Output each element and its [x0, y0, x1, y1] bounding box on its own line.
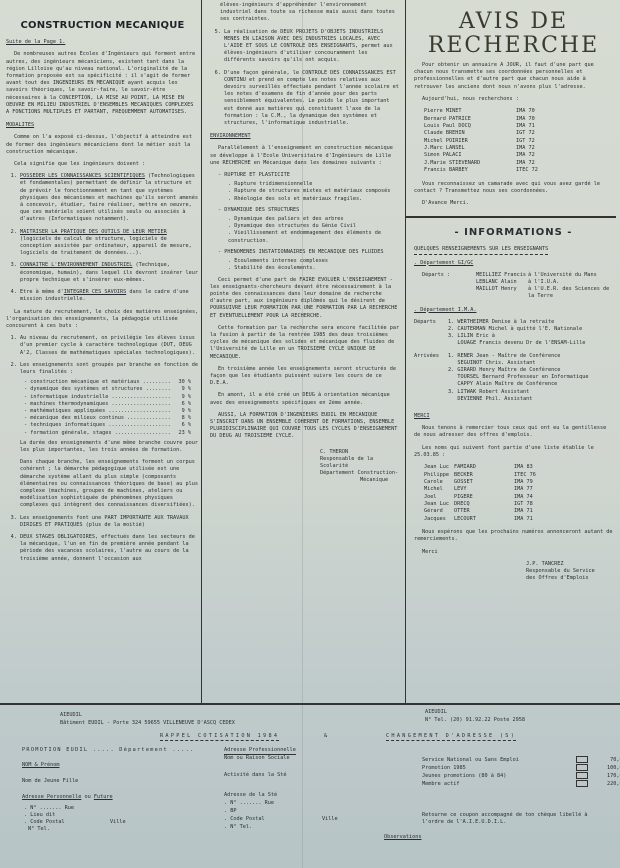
fee-amount: 70,00 F — [602, 757, 620, 764]
ima-departs: Départs 1. WERTHEIMER Denise à la retrai… — [414, 319, 613, 348]
last-name: BECKER — [454, 471, 514, 478]
branch-row: - dynamique des systèmes et structures .… — [6, 386, 199, 393]
teacher-departure-row: Départs :MEILLIEZ Francisà l'Université … — [422, 272, 613, 279]
evolution-paragraph: Ceci permet d'une part de FAIRE EVOLUER … — [210, 277, 401, 320]
perso-rue-field[interactable]: . N° ....... Rue — [24, 805, 74, 812]
thanked-person-row: JacquesLECOURTIMA 71 — [424, 516, 536, 523]
teacher-name: LEBLANC Alain — [476, 279, 528, 286]
modalites-intro: Comme on l'a exposé ci-dessus, l'objecti… — [6, 134, 199, 156]
first-name: Philippe — [424, 471, 454, 478]
person-promo: IMA 72 — [516, 145, 538, 152]
person-promo: IMA 72 — [516, 152, 538, 159]
searched-person-row: Claude BREHINIGT 72 — [424, 130, 538, 137]
research-domain: - RUPTURE ET PLASTICITE — [210, 172, 401, 179]
fee-option[interactable]: Service National ou Sans Emploi70,00 F — [422, 756, 620, 764]
branch-name: - techniques informatiques .............… — [24, 422, 171, 429]
fee-label: Service National ou Sans Emploi — [422, 757, 562, 764]
article-title: CONSTRUCTION MECANIQUE — [6, 22, 199, 29]
ampersand: & — [324, 733, 327, 740]
last-name: GOSSET — [454, 479, 514, 486]
research-list: - RUPTURE ET PLASTICITE. Rupture tridime… — [210, 172, 401, 272]
branch-row: - formation générale, stages ...........… — [6, 430, 199, 437]
ste-code-postal-field[interactable]: . Code Postal — [224, 816, 265, 823]
branch-percent: 23 % — [179, 430, 192, 437]
rappel-cotisation-heading: RAPPEL COTISATION 1984 — [160, 733, 279, 741]
fee-checkbox[interactable] — [576, 756, 588, 763]
first-name: Joel — [424, 494, 454, 501]
informations-subtitle: QUELQUES RENSEIGNEMENTS SUR LES ENSEIGNA… — [414, 246, 548, 254]
environnement-column: élèves-ingénieurs d'appréhender l'enviro… — [206, 0, 406, 703]
must-item: POSSEDER LES CONNAISSANCES SCIENTIFIQUES… — [20, 173, 199, 223]
person-promo: IGT 72 — [516, 130, 538, 137]
perso-code-postal-field[interactable]: . Code Postal — [24, 819, 65, 826]
branch-name: - dynamique des systèmes et structures .… — [24, 386, 171, 393]
merci-list-intro: Les noms qui suivent font partie d'une l… — [414, 445, 613, 459]
searched-person-row: Francis BARBEYITEC 72 — [424, 167, 538, 174]
coupon-phone: N° Tel. (20) 91.92.22 Poste 2958 — [425, 717, 525, 724]
person-promo: IMA 83 — [514, 464, 536, 471]
first-name: Jean Luc — [424, 464, 454, 471]
perso-lieu-dit-field[interactable]: . Lieu dit — [24, 812, 55, 819]
newsletter-page: CONSTRUCTION MECANIQUE Suite de la Page … — [0, 0, 620, 868]
construction-mecanique-column: CONSTRUCTION MECANIQUE Suite de la Page … — [6, 0, 202, 703]
person-name: Louis Paul DOCQ — [424, 123, 516, 130]
merci-closing: Nous espérons que les prochains numéros … — [414, 529, 613, 543]
person-promo: IMA 71 — [514, 516, 536, 523]
last-name: OTTER — [454, 508, 514, 515]
thanked-person-row: CaroleGOSSETIMA 79 — [424, 479, 536, 486]
merci-end: Merci — [414, 549, 613, 556]
branch-percent: 6 % — [182, 401, 191, 408]
fee-checkbox-cell — [562, 764, 602, 772]
fee-option[interactable]: Jeunes promotions (80 à 84)170,00 F — [422, 772, 620, 780]
nom-prenom-field[interactable]: NOM & Prénom — [22, 762, 59, 769]
fee-checkbox[interactable] — [576, 764, 588, 771]
person-promo: IMA 70 — [516, 115, 538, 122]
continued-note: Suite de la Page 1. — [6, 39, 199, 46]
goal-item: DEUX STAGES OBLIGATOIRES, effectués dans… — [20, 534, 199, 563]
fee-checkbox-cell — [562, 780, 602, 788]
research-topic: . Rhéologie des sols et matériaux fragil… — [228, 196, 401, 203]
spacer — [460, 279, 476, 286]
promotion-field[interactable]: PROMOTION EUDIL ..... Département ..... — [22, 747, 195, 754]
person-promo: ITEC 76 — [514, 471, 536, 478]
branch-percent: 8 % — [182, 415, 191, 422]
teacher-departure-row: MAILLOT Henryà l'U.E.R. des Sciences de … — [422, 286, 613, 300]
ima-arrivees: Arrivées 1. RENER Jean - Maître de Confé… — [414, 353, 613, 403]
must-item: MAITRISER LA PRATIQUE DES OUTILS DE LEUR… — [20, 229, 199, 258]
person-name: Simon PALACI — [424, 152, 516, 159]
fee-label: Membre actif — [422, 781, 562, 788]
research-topic: . Rupture de structures mixtes et matéri… — [228, 188, 401, 195]
dea-paragraph: En troisième année les enseignements ser… — [210, 366, 401, 388]
avis-title: AVIS DE RECHERCHE — [414, 10, 613, 58]
branch-name: - machines thermodynamiques ............… — [24, 401, 171, 408]
first-name: Jacques — [424, 516, 454, 523]
fee-amount: 220,00 F — [602, 781, 620, 788]
searched-person-row: Pierre MINETIMA 70 — [424, 108, 538, 115]
fee-label: Jeunes promotions (80 à 84) — [422, 773, 562, 780]
membership-coupon: AIEUDIL Bâtiment EUDIL - Porte 324 59655… — [0, 706, 620, 868]
signature-tancrez: J.P. TANCREZ Responsable du Service des … — [414, 561, 613, 583]
goal-item: Les enseignements sont groupés par branc… — [20, 362, 199, 510]
environnement-intro: Parallèlement à l'enseignement en constr… — [210, 145, 401, 167]
modalites-heading: MODALITES — [6, 122, 199, 129]
teacher-destination: à l'Université du Mans — [528, 272, 613, 279]
searched-person-row: Simon PALACIIMA 72 — [424, 152, 538, 159]
first-name: Carole — [424, 479, 454, 486]
ima-arrival: 1. RENER Jean - Maître de Conférence — [448, 353, 589, 360]
last-name: PIGERE — [454, 494, 514, 501]
person-name: Michel POIRIER — [424, 138, 516, 145]
spacer — [460, 286, 476, 300]
searched-list: Pierre MINETIMA 70Bernard PATRICEIMA 70L… — [424, 108, 538, 175]
thanked-person-row: JoelPIGEREIMA 74 — [424, 494, 536, 501]
departs-label: Départs : — [422, 272, 460, 279]
last-name: LECOURT — [454, 516, 514, 523]
thanked-list: Jean LucFAMIARDIMA 83PhilippeBECKERITEC … — [424, 464, 536, 523]
coupon-address: Bâtiment EUDIL - Porte 324 59655 VILLENE… — [60, 720, 235, 727]
departs-label — [422, 286, 460, 300]
last-name: LEVY — [454, 486, 514, 493]
perso-tel-field[interactable]: N° Tel. — [28, 826, 50, 833]
first-name: Gérard — [424, 508, 454, 515]
research-topics: . Rupture tridimensionnelle. Rupture de … — [210, 181, 401, 203]
person-promo: ITEC 72 — [516, 167, 538, 174]
departs-label — [422, 279, 460, 286]
fee-checkbox-cell — [562, 772, 602, 780]
environnement-heading: ENVIRONNEMENT — [210, 133, 401, 140]
searching-label: Aujourd'hui, nous recherchons : — [414, 96, 613, 103]
coupon-org-left: AIEUDIL — [60, 712, 82, 719]
ste-rue-field[interactable]: . N° ....... Rue — [224, 800, 274, 807]
dept-ima-heading: . Département I.M.A. — [414, 307, 613, 314]
ima-departure: LOUAGE Francis devenu Dr de l'ENSAM-Lill… — [448, 340, 585, 347]
fee-amount: 100,00 F — [602, 765, 620, 772]
person-promo: IMA 74 — [514, 494, 536, 501]
coupon-divider — [0, 703, 620, 705]
thanked-person-row: PhilippeBECKERITEC 76 — [424, 471, 536, 478]
thanked-person-row: Jean LucFAMIARDIMA 83 — [424, 464, 536, 471]
perso-ville-field[interactable]: Ville — [110, 819, 126, 826]
nature-paragraph: La nature du recrutement, le choix des m… — [6, 309, 199, 331]
person-promo: IMA 77 — [514, 486, 536, 493]
person-name: Francis BARBEY — [424, 167, 516, 174]
ima-arrival: DEVIENNE Phil. Assistant — [448, 396, 589, 403]
must-list: POSSEDER LES CONNAISSANCES SCIENTIFIQUES… — [6, 173, 199, 303]
person-name: Pierre MINET — [424, 108, 516, 115]
research-domain: - PHENOMENES INSTATIONNAIRES EN MECANIQU… — [210, 249, 401, 256]
first-name: Michel — [424, 486, 454, 493]
avis-outro: Vous reconnaissez un camarade avec qui v… — [414, 181, 613, 195]
gigc-departs: Départs :MEILLIEZ Francisà l'Université … — [414, 272, 613, 301]
person-name: Bernard PATRICE — [424, 115, 516, 122]
thanked-person-row: GérardOTTERIMA 71 — [424, 508, 536, 515]
research-topic: . Stabilité des écoulements. — [228, 265, 401, 272]
thanked-person-row: MichelLEVYIMA 77 — [424, 486, 536, 493]
informations-title: - INFORMATIONS - — [414, 219, 613, 236]
branche-paragraph: Dans chaque branche, les enseignements f… — [20, 459, 199, 509]
person-promo: IMA 71 — [516, 123, 538, 130]
last-name: DRECQ — [454, 501, 514, 508]
fee-checkbox[interactable] — [576, 780, 588, 787]
fee-checkbox[interactable] — [576, 772, 588, 779]
fee-options: Service National ou Sans Emploi70,00 FPr… — [422, 756, 620, 788]
branch-percent: 9 % — [182, 386, 191, 393]
research-domain: - DYNAMIQUE DES STRUCTURES — [210, 207, 401, 214]
observations-field[interactable]: Observations — [384, 834, 421, 841]
branches-list: - construction mécanique et matériaux ..… — [6, 379, 199, 437]
ste-tel-field[interactable]: . N° Tel. — [224, 824, 252, 831]
teacher-name: MAILLOT Henry — [476, 286, 528, 300]
branch-percent: 30 % — [179, 379, 192, 386]
coupon-org-right: AIEUDIL — [425, 709, 447, 716]
person-name: J.Marc LANSEL — [424, 145, 516, 152]
goals-continued-list: La réalisation de DEUX PROJETS D'OBJETS … — [210, 29, 401, 128]
branch-name: - mécanique des milieux continus .......… — [24, 415, 171, 422]
goal-item: D'une façon générale, le CONTROLE DES CO… — [224, 70, 401, 128]
adresse-personnelle-heading: Adresse Personnelle ou Future — [22, 794, 113, 801]
fee-option[interactable]: Membre actif220,00 F — [422, 780, 620, 788]
ima-arrival: SEGUINOT Chris. Assistant — [448, 360, 589, 367]
deug-paragraph: En amont, il a été créé un DEUG à orient… — [210, 392, 401, 406]
branch-percent: 9 % — [182, 394, 191, 401]
branch-row: - techniques informatiques .............… — [6, 422, 199, 429]
intro-paragraph: De nombreuses autres Ecoles d'Ingénieurs… — [6, 51, 199, 116]
changement-adresse-heading: CHANGEMENT D'ADRESSE (S) — [386, 733, 516, 741]
merci-paragraph: Nous tenons à remercier tous ceux qui on… — [414, 425, 613, 439]
return-note: Retourne ce coupon accompagné de ton chè… — [422, 812, 612, 826]
activite-field[interactable]: Activité dans la Sté — [224, 772, 286, 779]
raison-sociale-field[interactable]: Nom ou Raison Sociale — [224, 755, 290, 762]
searched-person-row: Bernard PATRICEIMA 70 — [424, 115, 538, 122]
ima-arrival: 3. LITWAK Robert Assistant — [448, 389, 589, 396]
fee-checkbox-cell — [562, 756, 602, 764]
section-divider — [406, 216, 616, 218]
adresse-professionnelle-heading: Adresse Professionnelle — [224, 747, 296, 755]
adresse-ste-heading: Adresse de la Sté — [224, 792, 277, 799]
person-name: J.Marie STIEVENARD — [424, 160, 516, 167]
branch-name: - formation générale, stages ...........… — [24, 430, 171, 437]
person-promo: IGT 72 — [516, 138, 538, 145]
research-topics: . Ecoulements internes complexes. Stabil… — [210, 258, 401, 272]
fee-label: Promotion 1985 — [422, 765, 562, 772]
branch-row: - informatique industrielle ............… — [6, 394, 199, 401]
searched-person-row: J.Marc LANSELIMA 72 — [424, 145, 538, 152]
person-promo: IGT 78 — [514, 501, 536, 508]
conclusion-paragraph: AUSSI, LA FORMATION D'INGENIEURS EUDIL E… — [210, 412, 401, 441]
goal-item: Les enseignements font une PART IMPORTAN… — [20, 515, 199, 529]
ima-arrival: 2. GIRARD Henry Maître de Conférence — [448, 367, 589, 374]
branch-name: - informatique industrielle ............… — [24, 394, 171, 401]
person-promo: IMA 71 — [514, 508, 536, 515]
avis-informations-column: AVIS DE RECHERCHE Pour obtenir un annuai… — [410, 0, 616, 703]
ima-departure: 1. WERTHEIMER Denise à la retraite — [448, 319, 585, 326]
goal-item: La réalisation de DEUX PROJETS D'OBJETS … — [224, 29, 401, 65]
fee-option[interactable]: Promotion 1985100,00 F — [422, 764, 620, 772]
branch-row: - mécanique des milieux continus .......… — [6, 415, 199, 422]
teacher-name: MEILLIEZ Francis — [476, 272, 528, 279]
searched-person-row: Louis Paul DOCQIMA 71 — [424, 123, 538, 130]
spacer — [460, 272, 476, 279]
goal-item: Au niveau du recrutement, on privilégie … — [20, 335, 199, 357]
continued-paragraph: élèves-ingénieurs d'appréhender l'enviro… — [210, 2, 401, 24]
must-item: Etre à même d'INTEGRER CES SAVOIRS dans … — [20, 289, 199, 303]
avis-thanks: D'Avance Merci. — [414, 200, 613, 207]
goals-list: Au niveau du recrutement, on privilégie … — [6, 335, 199, 563]
ste-bp-field[interactable]: . BP — [224, 808, 237, 815]
person-name: Claude BREHIN — [424, 130, 516, 137]
person-promo: IMA 79 — [514, 479, 536, 486]
must-intro: Cela signifie que les ingénieurs doivent… — [6, 161, 199, 168]
duree-paragraph: La durée des enseignements d'une même br… — [20, 440, 199, 454]
teacher-destination: à l'U.E.R. des Sciences de la Terre — [528, 286, 613, 300]
merci-heading: MERCI — [414, 413, 613, 420]
person-promo: IMA 70 — [516, 108, 538, 115]
last-name: FAMIARD — [454, 464, 514, 471]
avis-intro: Pour obtenir un annuaire A JOUR, il faut… — [414, 62, 613, 91]
must-item: CONNAITRE L'ENVIRONNEMENT INDUSTRIEL (Te… — [20, 262, 199, 284]
research-topic: . Vieillissement et endommagement des él… — [228, 230, 401, 244]
ima-arrival: CAPPY Alain Maître de Conférence — [448, 381, 589, 388]
dept-gigc-heading: . Département GI/GC — [414, 260, 613, 267]
ste-ville-field[interactable]: Ville — [322, 816, 338, 823]
searched-person-row: J.Marie STIEVENARDIMA 72 — [424, 160, 538, 167]
fee-amount: 170,00 F — [602, 773, 620, 780]
research-topics: . Dynamique des paliers et des arbres. D… — [210, 216, 401, 245]
fusion-paragraph: Cette formation par la recherche sera en… — [210, 325, 401, 361]
searched-person-row: Michel POIRIERIGT 72 — [424, 138, 538, 145]
signature-theron: C. THERON Responsable de la Scolarité Dé… — [210, 449, 401, 485]
person-promo: IMA 72 — [516, 160, 538, 167]
nom-jeune-fille-field[interactable]: Nom de Jeune Fille — [22, 778, 78, 785]
ima-departure: 3. LILIN Eric à — [448, 333, 585, 340]
branch-percent: 9 % — [182, 408, 191, 415]
branch-row: - machines thermodynamiques ............… — [6, 401, 199, 408]
branch-percent: 6 % — [182, 422, 191, 429]
